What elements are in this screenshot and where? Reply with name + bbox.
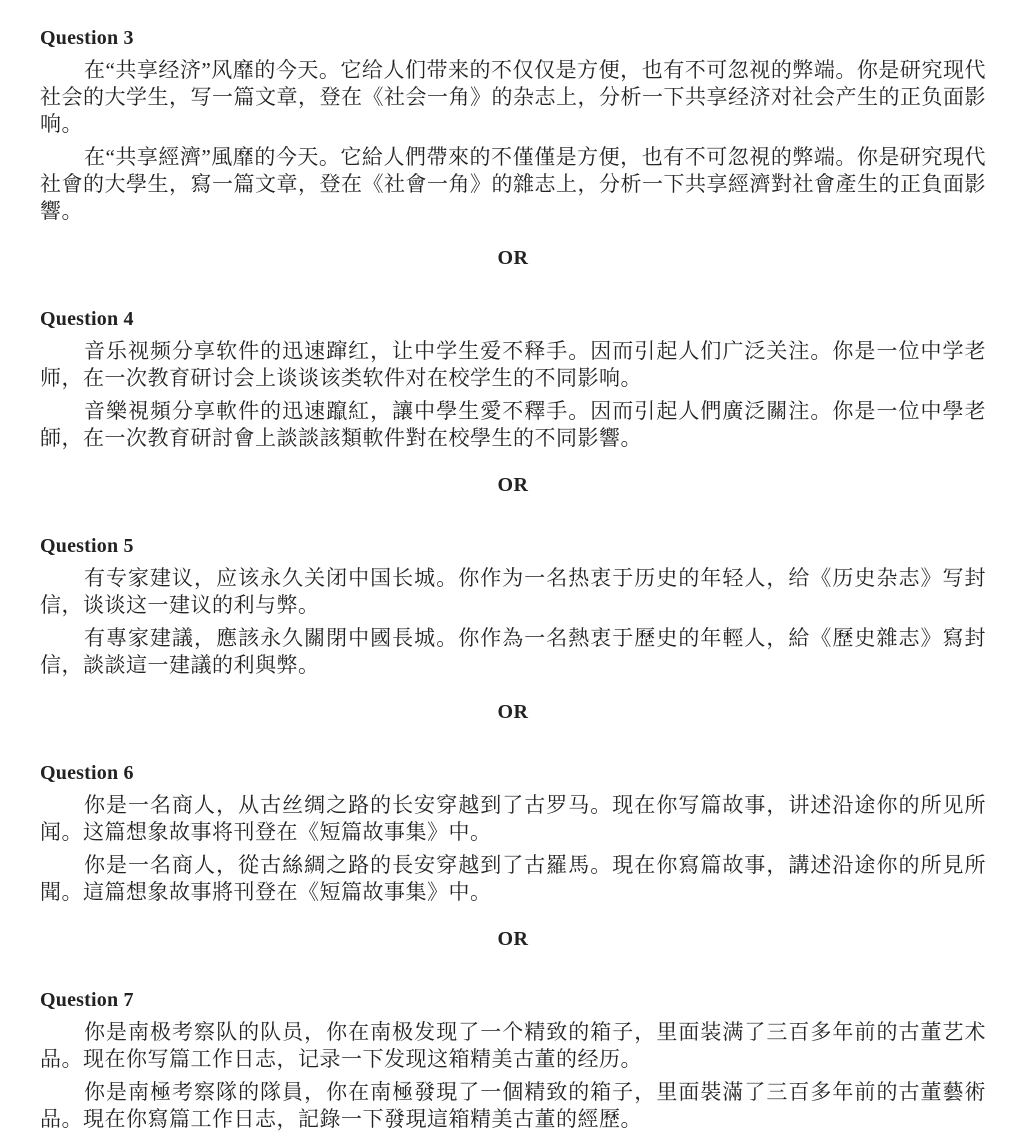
or-divider: OR (40, 246, 986, 270)
question-7-block: Question 7 你是南极考察队的队员，你在南极发现了一个精致的箱子，里面装… (40, 988, 986, 1133)
question-5-text-simplified: 有专家建议，应该永久关闭中国长城。你作为一名热衷于历史的年轻人，给《历史杂志》写… (40, 565, 986, 619)
or-divider: OR (40, 700, 986, 724)
question-3-text-traditional: 在“共享經濟”風靡的今天。它給人們帶來的不僅僅是方便，也有不可忽視的弊端。你是研… (40, 144, 986, 225)
question-6-text-simplified: 你是一名商人，从古丝绸之路的长安穿越到了古罗马。现在你写篇故事，讲述沿途你的所见… (40, 792, 986, 846)
exam-page: Question 3 在“共享经济”风靡的今天。它给人们带来的不仅仅是方便，也有… (40, 26, 986, 1133)
question-4-text-traditional: 音樂視頻分享軟件的迅速躥紅，讓中學生愛不釋手。因而引起人們廣泛關注。你是一位中學… (40, 398, 986, 452)
question-6-heading: Question 6 (40, 761, 986, 785)
or-divider: OR (40, 927, 986, 951)
question-4-text-simplified: 音乐视频分享软件的迅速蹿红，让中学生爱不释手。因而引起人们广泛关注。你是一位中学… (40, 338, 986, 392)
question-7-heading: Question 7 (40, 988, 986, 1012)
question-4-block: Question 4 音乐视频分享软件的迅速蹿红，让中学生爱不释手。因而引起人们… (40, 307, 986, 452)
or-divider: OR (40, 473, 986, 497)
question-5-text-traditional: 有專家建議，應該永久關閉中國長城。你作為一名熱衷于歷史的年輕人，給《歷史雜志》寫… (40, 625, 986, 679)
question-3-heading: Question 3 (40, 26, 986, 50)
question-7-text-traditional: 你是南極考察隊的隊員，你在南極發現了一個精致的箱子，里面裝滿了三百多年前的古董藝… (40, 1079, 986, 1133)
question-3-text-simplified: 在“共享经济”风靡的今天。它给人们带来的不仅仅是方便，也有不可忽视的弊端。你是研… (40, 57, 986, 138)
question-5-heading: Question 5 (40, 534, 986, 558)
question-4-heading: Question 4 (40, 307, 986, 331)
question-6-text-traditional: 你是一名商人，從古絲綢之路的長安穿越到了古羅馬。現在你寫篇故事，講述沿途你的所見… (40, 852, 986, 906)
question-3-block: Question 3 在“共享经济”风靡的今天。它给人们带来的不仅仅是方便，也有… (40, 26, 986, 225)
question-7-text-simplified: 你是南极考察队的队员，你在南极发现了一个精致的箱子，里面装满了三百多年前的古董艺… (40, 1019, 986, 1073)
question-5-block: Question 5 有专家建议，应该永久关闭中国长城。你作为一名热衷于历史的年… (40, 534, 986, 679)
question-6-block: Question 6 你是一名商人，从古丝绸之路的长安穿越到了古罗马。现在你写篇… (40, 761, 986, 906)
